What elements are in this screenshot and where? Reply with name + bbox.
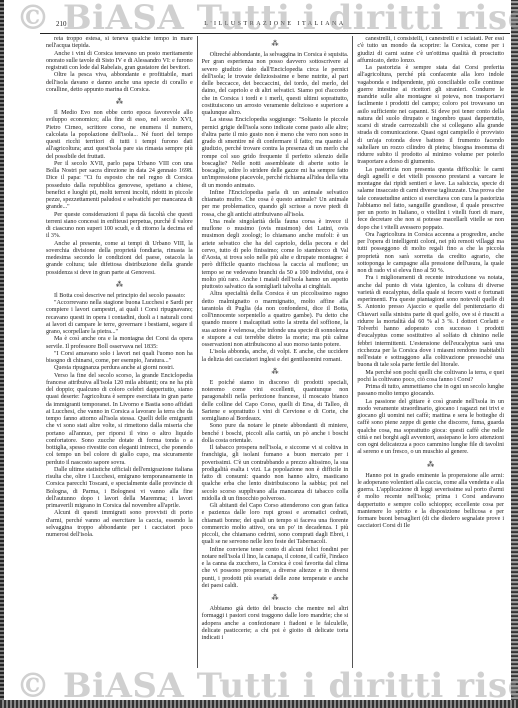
- paragraph: Una reale singolarità della fauna corsa …: [202, 219, 349, 292]
- paragraph: Anche al presente, come ai tempi di Urba…: [46, 241, 193, 277]
- paragraph: Anche i vini di Corsica tenevano un post…: [46, 51, 193, 73]
- paragraph: canestrelli, i consistelli, i canestrell…: [357, 36, 504, 65]
- section-separator: ⁂: [202, 592, 349, 604]
- paragraph: reta troppo estesa, si teneva qualche te…: [46, 36, 193, 51]
- section-separator: ⁂: [202, 366, 349, 378]
- scan-border-left: [0, 0, 4, 708]
- scan-border-right: [511, 0, 518, 700]
- paragraph: Infine conviene tener conto di alcuni fe…: [202, 547, 349, 591]
- running-title: L'ILLUSTRAZIONE ITALIANA: [40, 21, 510, 27]
- paragraph: Ma perché son pochi quelli che coltivano…: [357, 370, 504, 385]
- page-header: 210 L'ILLUSTRAZIONE ITALIANA: [40, 20, 510, 34]
- paragraph: Oltre la pesca viva, abbondante e profit…: [46, 72, 193, 94]
- article-body: reta troppo estesa, si teneva qualche te…: [42, 36, 508, 668]
- paragraph: Dalle ultime statistiche ufficiali dell'…: [46, 467, 193, 511]
- paragraph: La pastorizia non presenta questa diffic…: [357, 167, 504, 232]
- paragraph: L'isola abbonda, anche, di volpi. E anch…: [202, 349, 349, 364]
- paragraph: Altra specialità della Corsica è un picc…: [202, 291, 349, 349]
- paragraph: Infine l'Enciclopedia parla di un animal…: [202, 190, 349, 219]
- paragraph: La pastorizia è sempre stata dai Corsi p…: [357, 65, 504, 167]
- paragraph: Sono pure da notare le pinete abbondanti…: [202, 423, 349, 445]
- paragraph: Gli abitanti del Capo Corso attenderono …: [202, 503, 349, 547]
- paragraph: Ma è così anche ora e la montagna dei Co…: [46, 336, 193, 351]
- header-rule: [40, 33, 510, 34]
- scan-border-bottom: [0, 700, 518, 708]
- paragraph: Il Medio Evo non ebbe certo epoca favore…: [46, 110, 193, 161]
- paragraph: La stessa Enciclopedia soggiunge: "Solta…: [202, 117, 349, 190]
- paragraph: Alcuni di questi immigrati sono provvist…: [46, 510, 193, 539]
- text-column-3: canestrelli, i consistelli, i canestrell…: [352, 36, 508, 668]
- paragraph: "I Corsi amavano solo i lavori nei quali…: [46, 351, 193, 366]
- paragraph: Per il secolo XVII, parlo papa Urbano VI…: [46, 161, 193, 212]
- paragraph: Verso la fine del secolo scorso, la gran…: [46, 373, 193, 467]
- paragraph: La passione del gittare è così grande ne…: [357, 399, 504, 457]
- paragraph: Abbiamo già detto del brascio che mentre…: [202, 606, 349, 642]
- text-column-2: ⁂Oltreché abbondante, la selvaggina in C…: [197, 36, 353, 668]
- section-separator: ⁂: [46, 96, 193, 108]
- paragraph: Questa ripugnanza perdura anche ai giorn…: [46, 365, 193, 372]
- paragraph: Il Botta così descrive nel principio del…: [46, 293, 193, 300]
- paragraph: Il tabacco prospera nell'isola, e siccom…: [202, 445, 349, 503]
- text-column-1: reta troppo estesa, si teneva qualche te…: [42, 36, 197, 668]
- section-separator: ⁂: [357, 459, 504, 471]
- section-separator: ⁂: [202, 38, 349, 50]
- paragraph: Per queste considerazioni il papa dà fac…: [46, 212, 193, 241]
- section-separator: ⁂: [46, 279, 193, 291]
- paragraph: Hanno poi in grado eminente la propensio…: [357, 473, 504, 531]
- paragraph: Oltreché abbondante, la selvaggina in Co…: [202, 52, 349, 117]
- paragraph: Fra i miglioramenti di recente introduzi…: [357, 275, 504, 369]
- paragraph: "Accorrevano nella stagione buona Lucche…: [46, 300, 193, 336]
- paragraph: E poiché siamo in discorso di prodotti s…: [202, 380, 349, 424]
- paragraph: Prima di tutto, ammettiamo che in ogni u…: [357, 384, 504, 399]
- paragraph: Ora l'agricoltura in Corsica accenna a p…: [357, 232, 504, 276]
